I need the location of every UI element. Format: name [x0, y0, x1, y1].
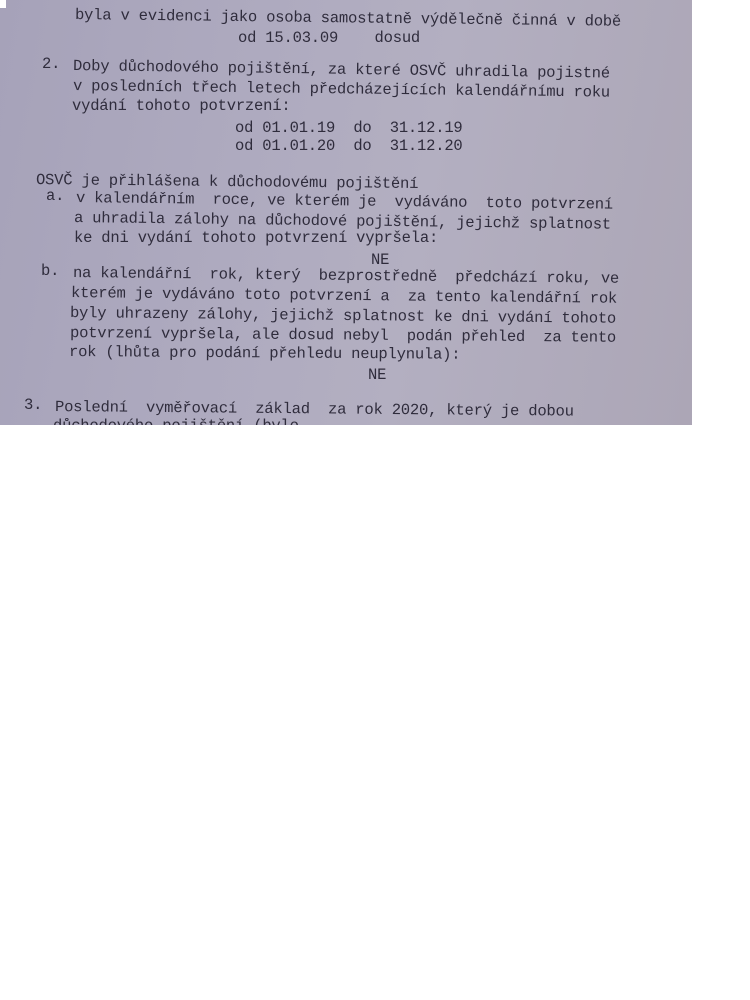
item-b-line-5: rok (lhůta pro podání přehledu neuplynul…: [69, 343, 460, 364]
item-a-label: a.: [46, 187, 64, 205]
section2-line-3: vydání tohoto potvrzení:: [72, 97, 290, 115]
intro-line-1: byla v evidenci jako osoba samostatně vý…: [75, 6, 621, 31]
item-b-label: b.: [41, 262, 59, 280]
period-row-1: od 01.01.19 do 31.12.19: [235, 119, 463, 137]
item-b-answer: NE: [368, 366, 386, 384]
item-a-line-3: ke dni vydání tohoto potvrzení vypršela:: [74, 229, 438, 247]
document-photo: byla v evidenci jako osoba samostatně vý…: [0, 0, 692, 425]
period-row-2: od 01.01.20 do 31.12.20: [235, 137, 463, 155]
section2-number: 2.: [42, 55, 60, 73]
intro-line-2: od 15.03.09 dosud: [238, 29, 420, 47]
corner-artifact: [0, 0, 6, 8]
section3-line-2-partial: důchodového pojištění (bylo...: [53, 417, 326, 425]
section3-number: 3.: [24, 396, 42, 414]
